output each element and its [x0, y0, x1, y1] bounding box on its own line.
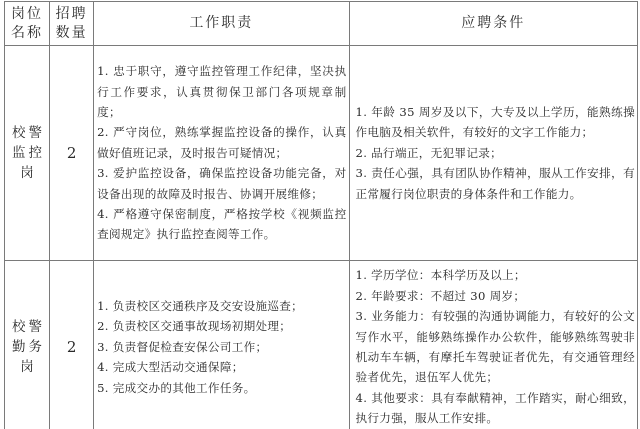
- recruitment-table: 岗位 名称 招聘 数量 工作职责 应聘条件 校警 监控 岗 2 1. 忠于职守，…: [4, 1, 638, 429]
- position-name-text: 岗: [8, 163, 49, 183]
- duty-item: 1. 负责校区交通秩序及交安设施巡查；: [97, 296, 346, 316]
- position-name-text: 监控: [8, 143, 49, 163]
- duty-item: 1. 忠于职守，遵守监控管理工作纪律，坚决执行工作要求，认真贯彻保卫部门各项规章…: [97, 61, 346, 122]
- duty-item: 3. 爱护监控设备，确保监控设备功能完备，对设备出现的故障及时报告、协调开展维修…: [97, 163, 346, 204]
- header-requirements: 应聘条件: [349, 2, 637, 46]
- hiring-count-cell: 2: [50, 46, 94, 261]
- duty-item: 5. 完成交办的其他工作任务。: [97, 378, 346, 398]
- requirement-item: 4. 其他要求：具有奉献精神，工作踏实，耐心细致，执行力强，服从工作安排。: [356, 388, 635, 429]
- table-row: 校警 勤务 岗 2 1. 负责校区交通秩序及交安设施巡查； 2. 负责校区交通事…: [5, 261, 638, 429]
- position-name-text: 校警: [8, 123, 49, 143]
- duty-item: 2. 严守岗位，熟练掌握监控设备的操作，认真做好值班记录，及时报告可疑情况；: [97, 122, 346, 163]
- duty-item: 2. 负责校区交通事故现场初期处理；: [97, 316, 346, 336]
- header-hiring-count: 招聘 数量: [50, 2, 94, 46]
- header-text: 数量: [50, 24, 93, 43]
- requirement-item: 1. 年龄 35 周岁及以下，大专及以上学历，能熟练操作电脑及相关软件，有较好的…: [356, 102, 635, 143]
- table-row: 校警 监控 岗 2 1. 忠于职守，遵守监控管理工作纪律，坚决执行工作要求，认真…: [5, 46, 638, 261]
- position-name-cell: 校警 监控 岗: [5, 46, 50, 261]
- requirement-item: 3. 业务能力：有较强的沟通协调能力，有较好的公文写作水平，能够熟练操作办公软件…: [356, 306, 635, 388]
- header-position-name: 岗位 名称: [5, 2, 50, 46]
- duty-item: 3. 负责督促检查安保公司工作；: [97, 337, 346, 357]
- header-duties: 工作职责: [94, 2, 349, 46]
- duties-cell: 1. 负责校区交通秩序及交安设施巡查； 2. 负责校区交通事故现场初期处理； 3…: [94, 261, 349, 429]
- position-name-cell: 校警 勤务 岗: [5, 261, 50, 429]
- duties-cell: 1. 忠于职守，遵守监控管理工作纪律，坚决执行工作要求，认真贯彻保卫部门各项规章…: [94, 46, 349, 261]
- duty-item: 4. 完成大型活动交通保障；: [97, 357, 346, 377]
- requirements-cell: 1. 年龄 35 周岁及以下，大专及以上学历，能熟练操作电脑及相关软件，有较好的…: [349, 46, 637, 261]
- requirement-item: 2. 年龄要求：不超过 30 周岁；: [356, 286, 635, 306]
- requirement-item: 1. 学历学位：本科学历及以上；: [356, 265, 635, 285]
- header-text: 名称: [5, 24, 49, 43]
- requirements-cell: 1. 学历学位：本科学历及以上； 2. 年龄要求：不超过 30 周岁； 3. 业…: [349, 261, 637, 429]
- position-name-text: 岗: [8, 357, 49, 377]
- position-name-text: 校警: [8, 317, 49, 337]
- header-text: 岗位: [5, 5, 49, 24]
- header-row: 岗位 名称 招聘 数量 工作职责 应聘条件: [5, 2, 638, 46]
- position-name-text: 勤务: [8, 337, 49, 357]
- duty-item: 4. 严格遵守保密制度，严格按学校《视频监控查阅规定》执行监控查阅等工作。: [97, 204, 346, 245]
- header-text: 招聘: [50, 5, 93, 24]
- requirement-item: 2. 品行端正，无犯罪记录；: [356, 143, 635, 163]
- hiring-count-cell: 2: [50, 261, 94, 429]
- requirement-item: 3. 责任心强，具有团队协作精神，服从工作安排，有正常履行岗位职责的身体条件和工…: [356, 163, 635, 204]
